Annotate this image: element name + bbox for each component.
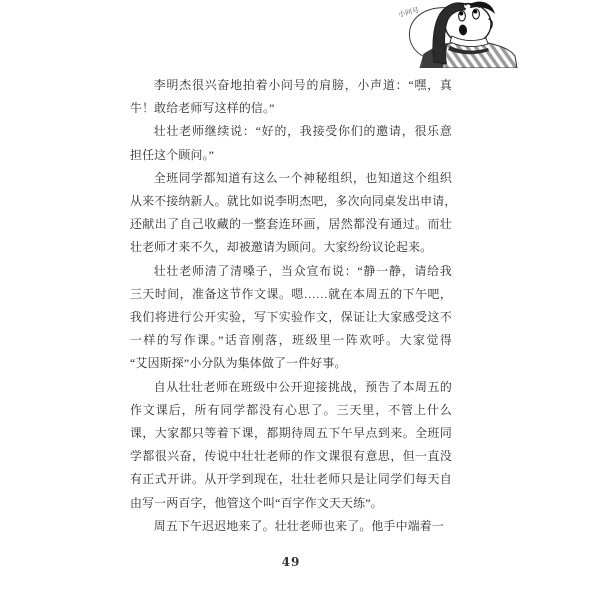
paragraph: 周五下午迟迟地来了。壮壮老师也来了。他手中端着一: [130, 515, 452, 538]
paragraph: 壮壮老师继续说：“好的，我接受你们的邀请，很乐意 担任这个顾问。”: [130, 120, 452, 166]
paragraph: 李明杰很兴奋地拍着小问号的肩膀，小声道：“嘿，真 牛！敢给老师写这样的信。”: [130, 74, 452, 120]
text-line: 李明杰很兴奋地拍着小问号的肩膀，小声道：“嘿，真: [130, 74, 452, 97]
paragraph: 壮壮老师清了清嗓子，当众宣布说：“静一静，请给我 三天时间，准备这节作文课。嗯……: [130, 260, 452, 376]
text-line: 全班同学都知道有这么一个神秘组织，也知道这个组织: [130, 167, 452, 190]
text-line: 课，大家都只等着下课，都期待周五下午早点到来。全班同: [130, 422, 452, 445]
text-line: 我们将进行公开实验，写下实验作文，保证让大家感受这不: [130, 306, 452, 329]
paragraph: 全班同学都知道有这么一个神秘组织，也知道这个组织 从来不接纳新人。就比如说李明杰…: [130, 167, 452, 260]
text-line: 三天时间，准备这节作文课。嗯……就在本周五的下午吧，: [130, 283, 452, 306]
text-line: 还献出了自己收藏的一整套连环画，居然都没有通过。而壮: [130, 213, 452, 236]
text-line: 自从壮壮老师在班级中公开迎接挑战，预告了本周五的: [130, 376, 452, 399]
text-line: 作文课后，所有同学都没有心思了。三天里，不管上什么: [130, 399, 452, 422]
book-page-scan: 小问号: [0, 0, 600, 600]
paragraph: 自从壮壮老师在班级中公开迎接挑战，预告了本周五的 作文课后，所有同学都没有心思了…: [130, 376, 452, 515]
text-line: 周五下午迟迟地来了。壮壮老师也来了。他手中端着一: [130, 515, 452, 538]
page-number: 49: [130, 555, 452, 569]
text-line: 从来不接纳新人。就比如说李明杰吧，多次向同桌发出申请，: [130, 190, 452, 213]
body-text: 李明杰很兴奋地拍着小问号的肩膀，小声道：“嘿，真 牛！敢给老师写这样的信。” 壮…: [130, 74, 452, 538]
text-line: 壮壮老师继续说：“好的，我接受你们的邀请，很乐意: [130, 120, 452, 143]
text-line: 壮壮老师清了清嗓子，当众宣布说：“静一静，请给我: [130, 260, 452, 283]
text-line: 由写一两百字，他管这个叫“百字作文天天练”。: [130, 492, 452, 515]
text-line: 担任这个顾问。”: [130, 144, 452, 167]
text-line: 牛！敢给老师写这样的信。”: [130, 97, 452, 120]
text-line: “艾因斯探”小分队为集体做了一件好事。: [130, 352, 452, 375]
text-line: 一样的写作课。”话音刚落，班级里一阵欢呼。大家觉得: [130, 329, 452, 352]
text-line: 有正式开讲。从开学到现在，壮壮老师只是让同学们每天自: [130, 468, 452, 491]
text-line: 学都很兴奋，传说中壮壮老师的作文课很有意思，但一直没: [130, 445, 452, 468]
text-line: 壮老师才来不久，却被邀请为顾问。大家纷纷议论起来。: [130, 236, 452, 259]
boy-scratching-head-illustration: 小问号: [398, 0, 523, 68]
